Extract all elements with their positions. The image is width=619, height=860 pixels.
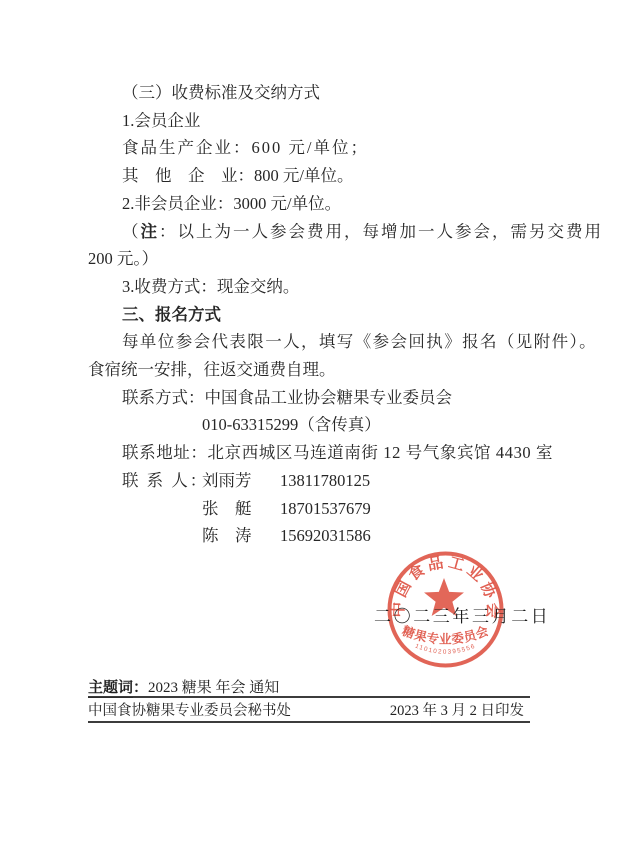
contact-name: 刘雨芳 [202, 467, 280, 495]
issuer-name: 中国食协糖果专业委员会秘书处 [88, 699, 291, 720]
contact-name: 张 艇 [202, 495, 280, 523]
print-date: 2023 年 3 月 2 日印发 [390, 699, 524, 720]
document-footer: 主题词：2023 糖果 年会 通知 中国食协糖果专业委员会秘书处 2023 年 … [88, 676, 530, 723]
fee-other-line: 其 他 企 业：800 元/单位。 [88, 162, 574, 190]
note-open: （ [122, 222, 141, 241]
keywords-row: 主题词：2023 糖果 年会 通知 [88, 676, 530, 695]
note-line: （注：以上为一人参会费用，每增加一人参会，需另交费用 [88, 218, 574, 246]
note-continuation: 200 元。） [88, 245, 574, 273]
contact-person-row: 陈 涛15692031586 [88, 522, 574, 550]
signup-line-2: 食宿统一安排，往返交通费自理。 [88, 356, 574, 384]
contact-name: 陈 涛 [202, 522, 280, 550]
signup-section-heading: 三、报名方式 [88, 301, 574, 329]
keywords-colon: ： [133, 680, 148, 696]
contact-org-line: 联系方式：中国食品工业协会糖果专业委员会 [88, 384, 574, 412]
contact-person-row: 联 系 人：刘雨芳13811780125 [88, 467, 574, 495]
contact-phone-line: 010-63315299（含传真） [88, 411, 574, 439]
notice-body: （三）收费标准及交纳方式 1.会员企业 食品生产企业：600 元/单位； 其 他… [88, 79, 574, 550]
keywords-value: 2023 糖果 年会 通知 [148, 680, 279, 696]
issuer-row: 中国食协糖果专业委员会秘书处 2023 年 3 月 2 日印发 [88, 696, 530, 723]
fee-nonmember-line: 2.非会员企业：3000 元/单位。 [88, 190, 574, 218]
signup-line-1: 每单位参会代表限一人，填写《参会回执》报名（见附件）。 [88, 328, 574, 356]
contact-phone-number: 13811780125 [280, 471, 370, 490]
fee-producer-line: 食品生产企业：600 元/单位； [88, 134, 574, 162]
contact-phone-number: 18701537679 [280, 499, 371, 518]
fee-method-line: 3.收费方式：现金交纳。 [88, 273, 574, 301]
signature-date: 二〇二三年三月二日 [374, 602, 550, 627]
contact-address-line: 联系地址：北京西城区马连道南街 12 号气象宾馆 4430 室 [88, 439, 574, 467]
fee-section-heading: （三）收费标准及交纳方式 [88, 79, 574, 107]
note-rest: ：以上为一人参会费用，每增加一人参会，需另交费用 [159, 222, 603, 241]
document-page: （三）收费标准及交纳方式 1.会员企业 食品生产企业：600 元/单位； 其 他… [0, 0, 619, 860]
keywords-label: 主题词 [88, 680, 133, 698]
contact-phone-number: 15692031586 [280, 526, 371, 545]
member-fee-title: 1.会员企业 [88, 107, 574, 135]
note-label: 注 [141, 222, 160, 241]
contact-person-label: 联 系 人： [122, 467, 202, 495]
contact-person-row: 张 艇18701537679 [88, 495, 574, 523]
